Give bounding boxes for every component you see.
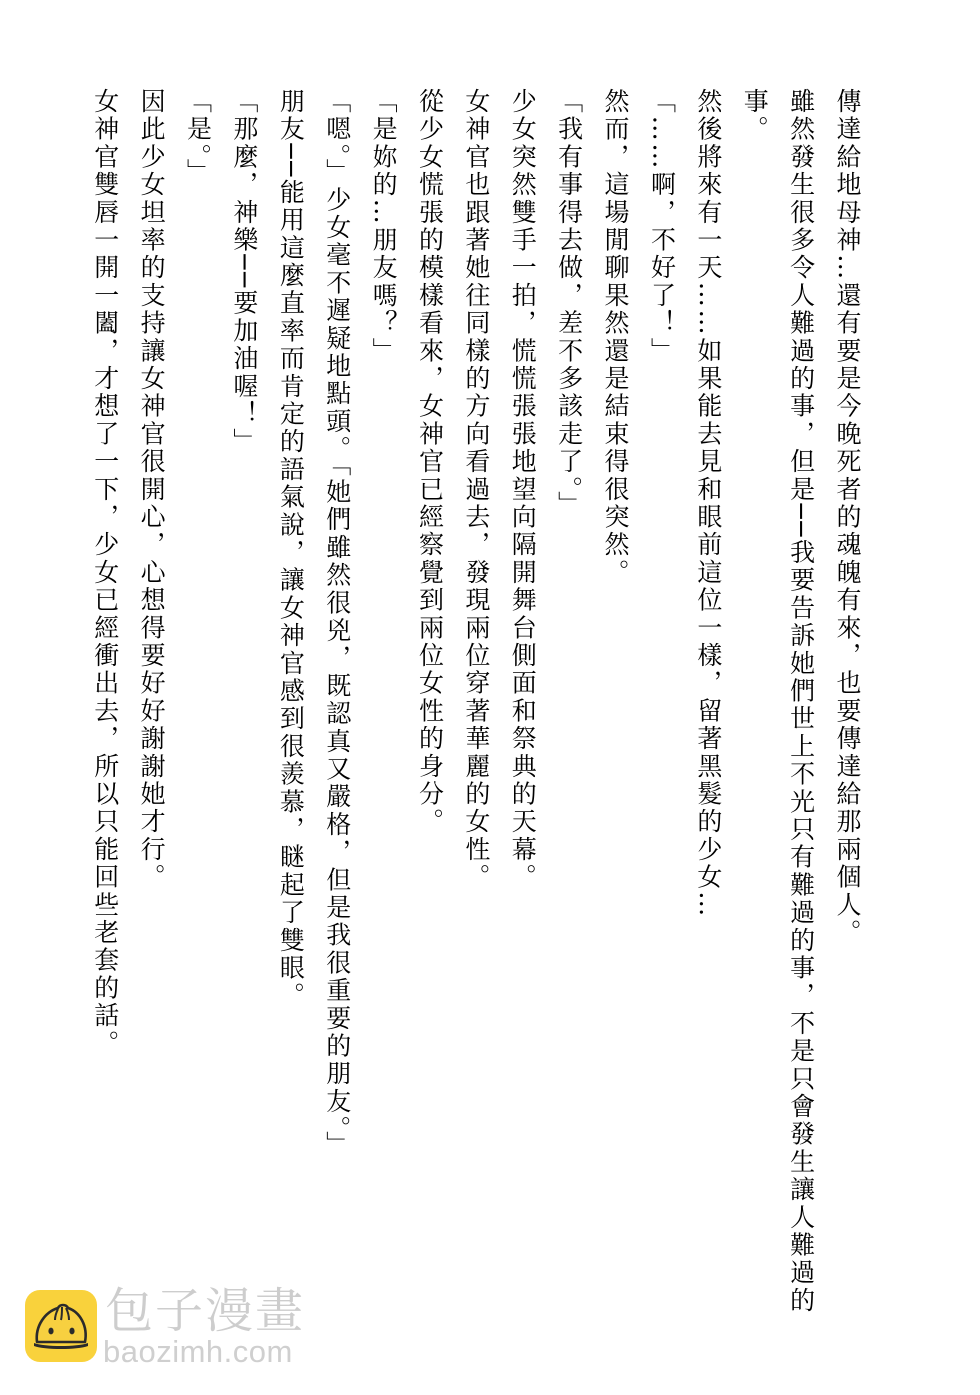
paragraph: 然而，這場閒聊果然還是結束得很突然。 [592, 88, 638, 1318]
paragraph: 然後將來有一天……如果能去見和眼前這位一樣，留著黑髮的少女… [684, 88, 730, 1318]
paragraph: 少女突然雙手一拍，慌慌張張地望向隔開舞台側面和祭典的天幕。 [499, 88, 545, 1318]
paragraph: 女神官也跟著她往同樣的方向看過去，發現兩位穿著華麗的女性。 [452, 88, 498, 1318]
text-column: 因此少女坦率的支持讓女神官很開心，心想得要好好謝謝她才行。 [128, 88, 174, 1318]
text-column: 朋友──能用這麼直率而肯定的語氣說，讓女神官感到很羨慕，瞇起了雙眼。 [267, 88, 313, 1318]
paragraph: 朋友──能用這麼直率而肯定的語氣說，讓女神官感到很羨慕，瞇起了雙眼。 [267, 88, 313, 1318]
text-column: 女神官雙唇一開一闔，才想了一下，少女已經衝出去，所以只能回些老套的話。 [81, 88, 127, 1318]
vertical-text-body: 傳達給地母神…還有要是今晚死者的魂魄有來，也要傳達給那兩個人。 雖然發生很多令人… [81, 88, 870, 1318]
paragraph: 因此少女坦率的支持讓女神官很開心，心想得要好好謝謝她才行。 [128, 88, 174, 1318]
text-column: 雖然發生很多令人難過的事，但是──我要告訴她們世上不光只有難過的事，不是只會發生… [777, 88, 823, 1318]
dialogue-paragraph: 「是。」 [174, 88, 220, 1318]
paragraph: 從少女慌張的模樣看來，女神官已經察覺到兩位女性的身分。 [406, 88, 452, 1318]
watermark-url: baozimh.com [103, 1335, 293, 1369]
dialogue-paragraph: 「我有事得去做，差不多該走了。」 [545, 88, 591, 1318]
text-column: 少女突然雙手一拍，慌慌張張地望向隔開舞台側面和祭典的天幕。 [499, 88, 545, 1318]
text-column: 傳達給地母神…還有要是今晚死者的魂魄有來，也要傳達給那兩個人。 [824, 88, 870, 1318]
paragraph: 女神官雙唇一開一闔，才想了一下，少女已經衝出去，所以只能回些老套的話。 [81, 88, 127, 1318]
paragraph: 雖然發生很多令人難過的事，但是──我要告訴她們世上不光只有難過的事，不是只會發生… [731, 88, 824, 1318]
text-column: 事。 [731, 88, 777, 1318]
text-column: 然後將來有一天……如果能去見和眼前這位一樣，留著黑髮的少女… [684, 88, 730, 1318]
text-column: 「那麼，神樂──要加油喔！」 [221, 88, 267, 1318]
text-column: 從少女慌張的模樣看來，女神官已經察覺到兩位女性的身分。 [406, 88, 452, 1318]
text-column: 「是。」 [174, 88, 220, 1318]
text-column: 「……啊，不好了！」 [638, 88, 684, 1318]
text-column: 「嗯。」少女毫不遲疑地點頭。「她們雖然很兇，既認真又嚴格，但是我很重要的朋友。」 [313, 88, 359, 1318]
paragraph: 傳達給地母神…還有要是今晚死者的魂魄有來，也要傳達給那兩個人。 [824, 88, 870, 1318]
text-column: 「我有事得去做，差不多該走了。」 [545, 88, 591, 1318]
steamed-bun-icon [25, 1290, 97, 1362]
dialogue-paragraph: 「……啊，不好了！」 [638, 88, 684, 1318]
dialogue-paragraph: 「是妳的…朋友嗎？」 [360, 88, 406, 1318]
site-watermark: 包子漫畫 baozimh.com [25, 1289, 315, 1369]
dialogue-paragraph: 「嗯。」少女毫不遲疑地點頭。「她們雖然很兇，既認真又嚴格，但是我很重要的朋友。」 [313, 88, 359, 1318]
text-column: 女神官也跟著她往同樣的方向看過去，發現兩位穿著華麗的女性。 [452, 88, 498, 1318]
text-column: 「是妳的…朋友嗎？」 [360, 88, 406, 1318]
text-column: 然而，這場閒聊果然還是結束得很突然。 [592, 88, 638, 1318]
watermark-title: 包子漫畫 [105, 1283, 305, 1339]
dialogue-paragraph: 「那麼，神樂──要加油喔！」 [221, 88, 267, 1318]
